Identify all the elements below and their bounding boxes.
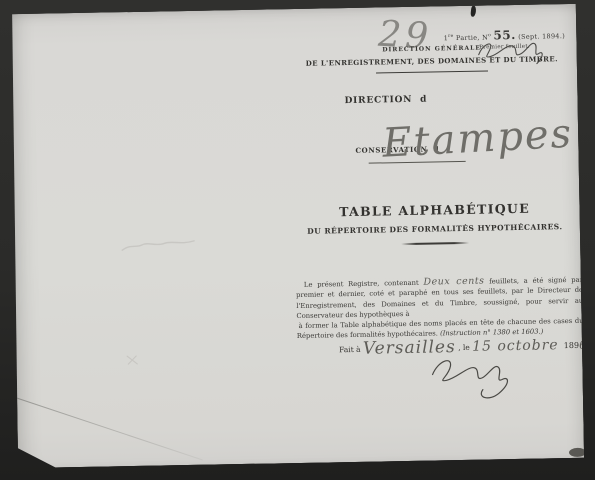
ink-blot [470,5,476,17]
title-line2: DU RÉPERTOIRE DES FORMALITÉS HYPOTHÉCAIR… [295,222,575,236]
signature-scribble-bottom [424,349,517,403]
faint-pencil-cross [124,353,140,367]
administration-header: DIRECTION GÉNÉRALE DE L'ENREGISTREMENT, … [292,43,572,75]
register-cover-page: 29 1re Partie, No 55. (Sept. 1894.) Prem… [10,4,584,468]
direction-field-label: DIRECTION d [344,95,427,107]
document-title: TABLE ALPHABÉTIQUE DU RÉPERTOIRE DES FOR… [294,200,575,247]
declaration-paragraph: Le présent Registre, contenant Deux cent… [296,275,584,342]
fold-crease [13,396,203,460]
edge-smudge [569,448,586,457]
fait-a-label: Fait à [339,345,363,354]
title-line1: TABLE ALPHABÉTIQUE [294,200,574,220]
scanned-register-cover: { "page": { "background_color": "#2b2b29… [0,0,595,480]
handwritten-sheet-count: Deux cents [423,276,484,288]
header-line1: DIRECTION GÉNÉRALE [292,43,572,55]
declaration-sentence-1: Le présent Registre, contenant Deux cent… [296,275,584,321]
title-rule [401,242,469,245]
header-rule [376,70,488,73]
handwritten-year-digit: 6. [579,338,591,352]
faint-pencil-mark [118,233,198,256]
header-line2: DE L'ENREGISTREMENT, DES DOMAINES ET DU … [292,54,572,68]
conservation-field-value-handwritten: Etampes [381,111,574,167]
printed-year: 189 [559,341,580,350]
